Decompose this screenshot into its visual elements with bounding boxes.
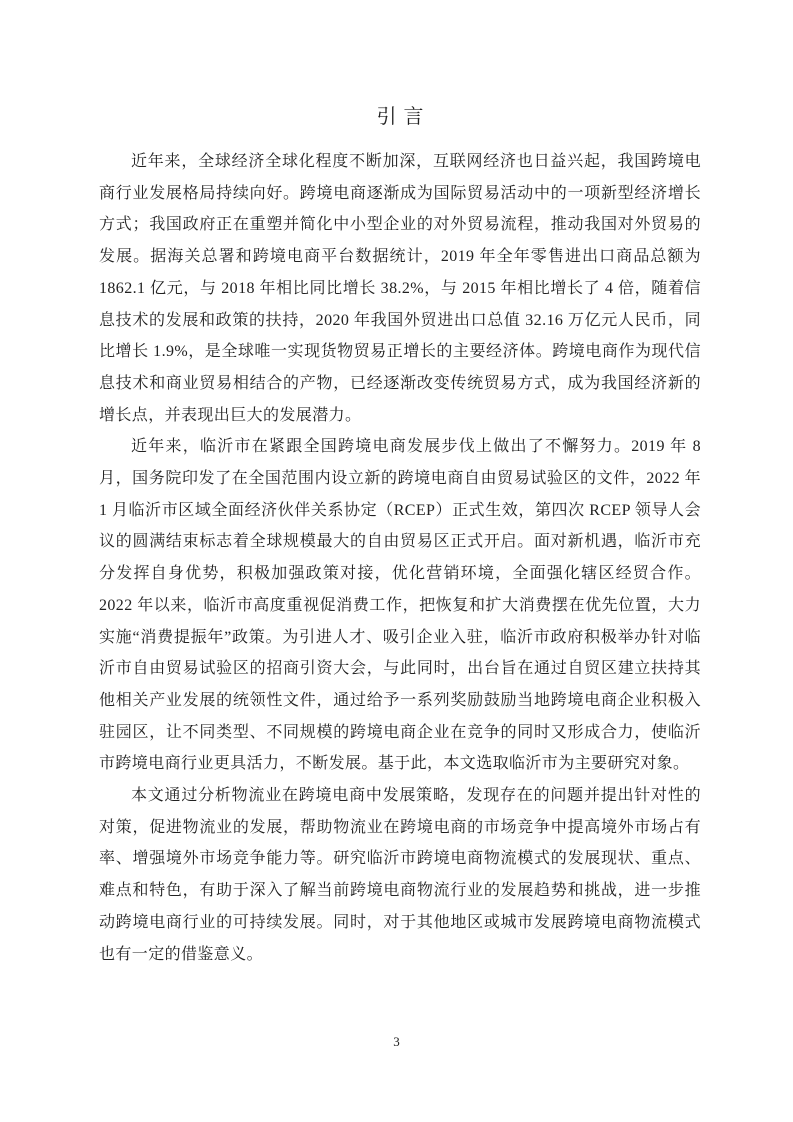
paragraph-1: 近年来，全球经济全球化程度不断加深，互联网经济也日益兴起，我国跨境电商行业发展格… [99, 146, 701, 431]
paragraph-2: 近年来，临沂市在紧跟全国跨境电商发展步伐上做出了不懈努力。2019 年 8 月，… [99, 431, 701, 780]
document-body: 引言 近年来，全球经济全球化程度不断加深，互联网经济也日益兴起，我国跨境电商行业… [99, 101, 701, 970]
page-number: 3 [0, 1033, 793, 1051]
section-heading: 引言 [99, 101, 701, 133]
document-page: 引言 近年来，全球经济全球化程度不断加深，互联网经济也日益兴起，我国跨境电商行业… [0, 0, 793, 1122]
paragraph-3: 本文通过分析物流业在跨境电商中发展策略，发现存在的问题并提出针对性的对策，促进物… [99, 780, 701, 970]
